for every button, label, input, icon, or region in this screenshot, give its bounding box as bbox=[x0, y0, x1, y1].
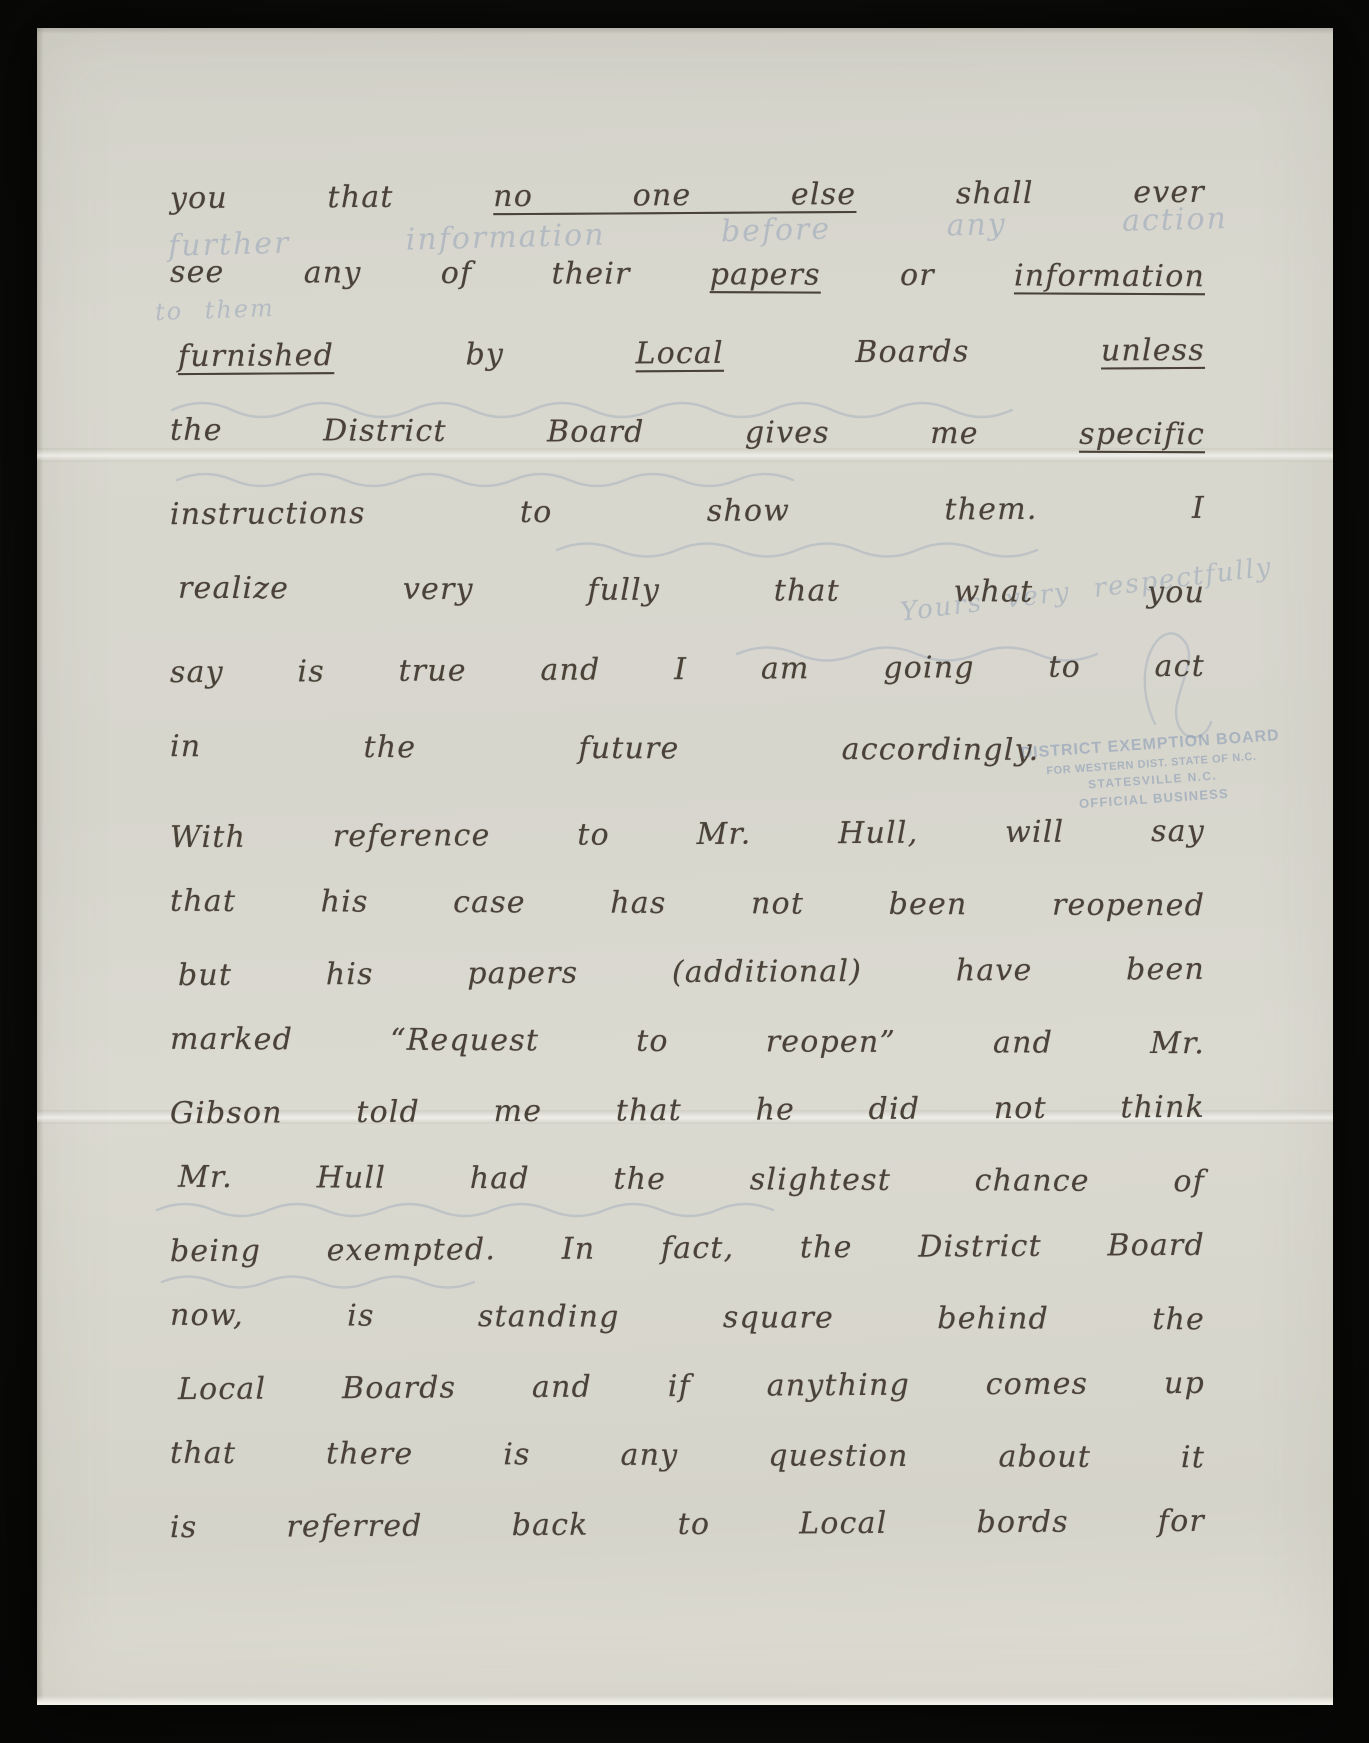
handwritten-line: Gibson told me that he did not think bbox=[170, 1080, 1205, 1155]
handwritten-line: With reference to Mr. Hull, will say bbox=[170, 804, 1205, 879]
handwritten-text: is referred back to Local bords for bbox=[170, 1504, 1205, 1545]
handwritten-text: Gibson told me that he did not think bbox=[170, 1090, 1205, 1131]
handwritten-line: see any of their papers or information bbox=[170, 242, 1205, 326]
handwritten-line: Local Boards and if anything comes up bbox=[170, 1356, 1205, 1431]
underlined-word: furnished bbox=[178, 338, 334, 374]
underlined-word: specific bbox=[1079, 417, 1205, 453]
handwritten-line: that his case has not been reopened bbox=[170, 874, 1205, 948]
photo-background: { "page": { "background_color": "#0d0d0b… bbox=[0, 0, 1369, 1743]
paper-bottom-edge bbox=[37, 1696, 1333, 1705]
underlined-word: unless bbox=[1101, 333, 1205, 369]
handwritten-text: Mr. Hull had the slightest chance of bbox=[178, 1160, 1205, 1199]
handwritten-line: say is true and I am going to act bbox=[170, 636, 1205, 721]
handwritten-line: marked “Request to reopen” and Mr. bbox=[170, 1012, 1205, 1086]
handwritten-text: instructions to show them. I bbox=[170, 491, 1205, 532]
handwritten-text: With reference to Mr. Hull, will say bbox=[170, 814, 1205, 855]
underlined-word: Local bbox=[636, 336, 724, 372]
paper-top-edge bbox=[37, 28, 1333, 34]
underlined-word: no one else bbox=[493, 177, 856, 214]
letter-body: you that no one else shall eversee any o… bbox=[170, 165, 1205, 1566]
handwritten-line: is referred back to Local bords for bbox=[170, 1494, 1205, 1569]
handwritten-text: say is true and I am going to act bbox=[170, 649, 1205, 690]
handwritten-text: in the future accordingly. bbox=[170, 729, 1040, 768]
handwritten-text: but his papers (additional) have been bbox=[178, 952, 1205, 993]
handwritten-text: that his case has not been reopened bbox=[170, 884, 1205, 924]
handwritten-text: you that bbox=[170, 179, 494, 216]
underlined-word: papers bbox=[710, 257, 821, 292]
handwritten-text: Boards bbox=[724, 333, 1101, 370]
handwritten-text: shall ever bbox=[856, 175, 1205, 212]
handwritten-line: but his papers (additional) have been bbox=[170, 942, 1205, 1017]
paragraph: With reference to Mr. Hull, will saythat… bbox=[170, 807, 1205, 1566]
handwritten-line: that there is any question about it bbox=[170, 1426, 1205, 1500]
handwritten-line: the District Board gives me specific bbox=[170, 400, 1205, 484]
handwritten-text: by bbox=[334, 336, 636, 373]
handwritten-text: Local Boards and if anything comes up bbox=[178, 1366, 1205, 1407]
handwritten-text: the District Board gives me bbox=[170, 413, 1079, 452]
handwritten-line: furnished by Local Boards unless bbox=[170, 320, 1205, 405]
handwritten-line: realize very fully that what you bbox=[170, 558, 1205, 642]
paragraph: you that no one else shall eversee any o… bbox=[170, 165, 1205, 797]
handwritten-text: see any of their bbox=[170, 255, 710, 292]
handwritten-line: being exempted. In fact, the District Bo… bbox=[170, 1218, 1205, 1293]
handwritten-text: being exempted. In fact, the District Bo… bbox=[170, 1228, 1205, 1269]
handwritten-line: now, is standing square behind the bbox=[170, 1288, 1205, 1362]
handwritten-text: realize very fully that what you bbox=[178, 571, 1205, 610]
handwritten-line: Mr. Hull had the slightest chance of bbox=[170, 1150, 1205, 1224]
handwritten-text: now, is standing square behind the bbox=[170, 1298, 1205, 1338]
handwritten-text: marked “Request to reopen” and Mr. bbox=[170, 1022, 1205, 1062]
handwritten-text: or bbox=[821, 258, 1014, 294]
handwritten-line: in the future accordingly. bbox=[170, 716, 1040, 799]
handwritten-line: instructions to show them. I bbox=[170, 478, 1205, 563]
letter-page: further information before any action to… bbox=[37, 28, 1333, 1705]
handwritten-line: you that no one else shall ever bbox=[170, 162, 1205, 247]
handwritten-text: that there is any question about it bbox=[170, 1436, 1205, 1476]
paper-left-edge bbox=[37, 28, 44, 1705]
underlined-word: information bbox=[1014, 258, 1205, 294]
